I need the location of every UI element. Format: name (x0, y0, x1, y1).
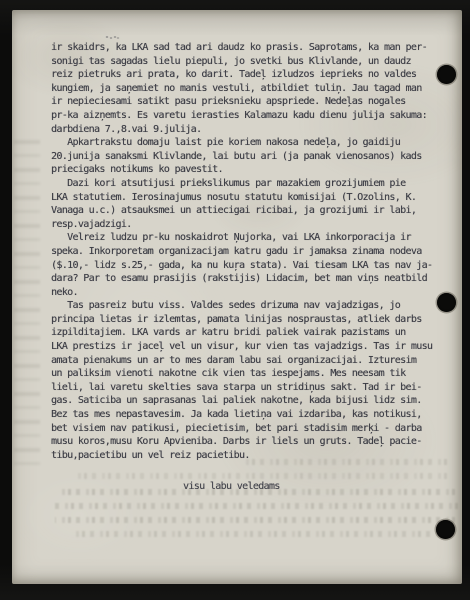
text-line: kungiem, ja saņemiet no manis vestuli, a… (51, 82, 451, 96)
bleedthrough-text (70, 531, 445, 537)
scanned-page: ir skaidrs, ka LKA sad tad ari daudz ko … (0, 0, 470, 600)
text-line: Vanaga u.c.) atsauksmei un attiecigai ri… (51, 204, 451, 218)
text-line: principa lietas ir izlemtas, pamata lini… (51, 313, 451, 327)
text-line: Bez tas mes nepastavesim. Ja kada lietiņ… (51, 408, 451, 422)
text-line: Apkartrakstu domaju laist pie koriem nak… (51, 136, 451, 150)
text-line: ir skaidrs, ka LKA sad tad ari daudz ko … (51, 41, 451, 55)
punch-hole (436, 520, 455, 539)
text-line: reiz pietruks ari prata, ko darit. Tadeļ… (51, 68, 451, 82)
text-line: lieli, lai varetu skelties sava starpa u… (51, 381, 451, 395)
text-line: ($.10,- lidz s.25,- gada, ka nu kuŗa sta… (51, 259, 451, 273)
text-line: dara? Par to esamu prasijis (rakstijis) … (51, 272, 451, 286)
text-line: resp.vajadzigi. (51, 218, 451, 232)
text-line: Dazi kori atsutijusi priekslikumus par m… (51, 177, 451, 191)
text-line: izpilditajiem. LKA vards ar katru bridi … (51, 326, 451, 340)
text-line: darbdiena 7.,8.vai 9.julija. (51, 123, 451, 137)
text-line: speka. Inkorporetam organizacijam katru … (51, 245, 451, 259)
punch-hole (437, 293, 456, 312)
text-line: priecigaks notikums ko pavestit. (51, 163, 451, 177)
text-line: LKA statutiem. Ierosinajumus nosutu stat… (51, 191, 451, 205)
bleedthrough-text (57, 489, 455, 495)
text-line: Tas pasreiz butu viss. Valdes sedes driz… (51, 299, 451, 313)
text-line: neko. (51, 286, 451, 300)
bleedthrough-text (72, 473, 447, 479)
bleedthrough-left-margin (14, 140, 40, 470)
text-line: LKA prestizs ir jaceļ vel un visur, kur … (51, 340, 451, 354)
paper: ir skaidrs, ka LKA sad tad ari daudz ko … (12, 10, 462, 584)
bleedthrough-text (52, 503, 458, 509)
text-line: un paliksim vienoti nakotne cik vien tas… (51, 367, 451, 381)
text-line: sonigi tas sagadas lielu piepuli, jo sve… (51, 55, 451, 69)
text-line: 20.junija sanaksmi Klivlande, lai butu a… (51, 150, 451, 164)
text-line: amata pienakums un ar to mes daram labu … (51, 354, 451, 368)
text-line: bet visiem nav patikusi, piecietisim, be… (51, 422, 451, 436)
text-line: pr-ka aizņemts. Es varetu ierasties Kala… (51, 109, 451, 123)
bleedthrough-text (55, 517, 455, 523)
bleedthrough-text (242, 459, 447, 465)
punch-hole (437, 65, 456, 84)
letter-body: ir skaidrs, ka LKA sad tad ari daudz ko … (51, 41, 451, 462)
text-line: Velreiz ludzu pr-ku noskaidrot Ņujorka, … (51, 231, 451, 245)
text-line: gas. Saticiba un saprasanas lai paliek n… (51, 394, 451, 408)
text-line: musu koros,musu Koru Apvieniba. Darbs ir… (51, 435, 451, 449)
typed-insertion-mark (105, 35, 120, 40)
text-line: ir nepieciesami satikt pasu prieksnieku … (51, 95, 451, 109)
